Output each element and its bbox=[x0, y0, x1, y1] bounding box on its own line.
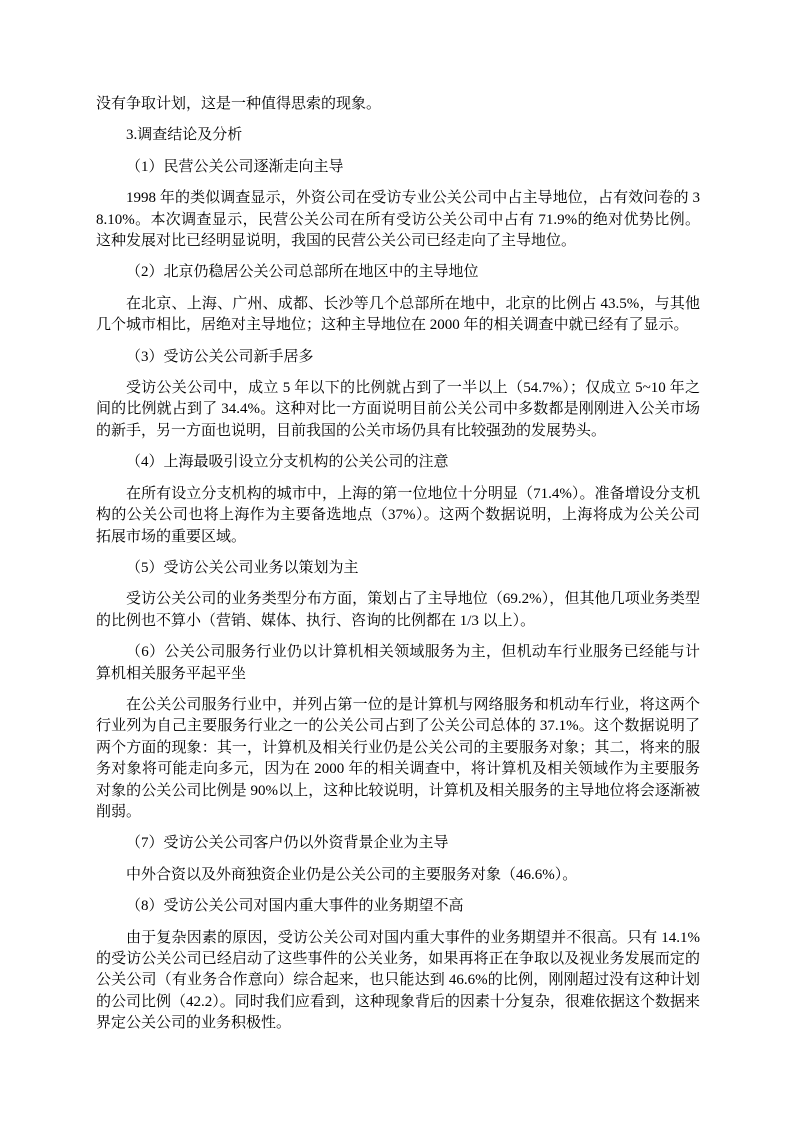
subsection-heading: （4）上海最吸引设立分支机构的公关公司的注意 bbox=[96, 452, 700, 473]
body-paragraph: 在公关公司服务行业中，并列占第一位的是计算机与网络服务和机动车行业，将这两个行业… bbox=[96, 695, 700, 823]
section-heading: 3.调查结论及分析 bbox=[96, 125, 700, 146]
body-paragraph: 受访公关公司中，成立 5 年以下的比例就占到了一半以上（54.7%）；仅成立 5… bbox=[96, 378, 700, 442]
body-paragraph: 由于复杂因素的原因，受访公关公司对国内重大事件的业务期望并不很高。只有 14.1… bbox=[96, 928, 700, 1035]
body-paragraph: 在所有设立分支机构的城市中，上海的第一位地位十分明显（71.4%）。准备增设分支… bbox=[96, 484, 700, 548]
subsection-heading: （1）民营公关公司逐渐走向主导 bbox=[96, 157, 700, 178]
body-paragraph: 1998 年的类似调查显示，外资公司在受访专业公关公司中占主导地位，占有效问卷的… bbox=[96, 188, 700, 252]
body-paragraph: 中外合资以及外商独资企业仍是公关公司的主要服务对象（46.6%）。 bbox=[96, 865, 700, 886]
body-paragraph: 受访公关公司的业务类型分布方面，策划占了主导地位（69.2%），但其他几项业务类… bbox=[96, 589, 700, 632]
subsection-heading: （5）受访公关公司业务以策划为主 bbox=[96, 558, 700, 579]
subsection-heading: （7）受访公关公司客户仍以外资背景企业为主导 bbox=[96, 833, 700, 854]
subsection-heading: （3）受访公关公司新手居多 bbox=[96, 347, 700, 368]
subsection-heading: （2）北京仍稳居公关公司总部所在地区中的主导地位 bbox=[96, 262, 700, 283]
document-page: 没有争取计划，这是一种值得思索的现象。 3.调查结论及分析 （1）民营公关公司逐… bbox=[0, 0, 793, 1122]
continuation-paragraph: 没有争取计划，这是一种值得思索的现象。 bbox=[96, 94, 700, 115]
body-paragraph: 在北京、上海、广州、成都、长沙等几个总部所在地中，北京的比例占 43.5%，与其… bbox=[96, 294, 700, 337]
subsection-heading: （6）公关公司服务行业仍以计算机相关领域服务为主，但机动车行业服务已经能与计算机… bbox=[96, 642, 700, 685]
subsection-heading: （8）受访公关公司对国内重大事件的业务期望不高 bbox=[96, 896, 700, 917]
